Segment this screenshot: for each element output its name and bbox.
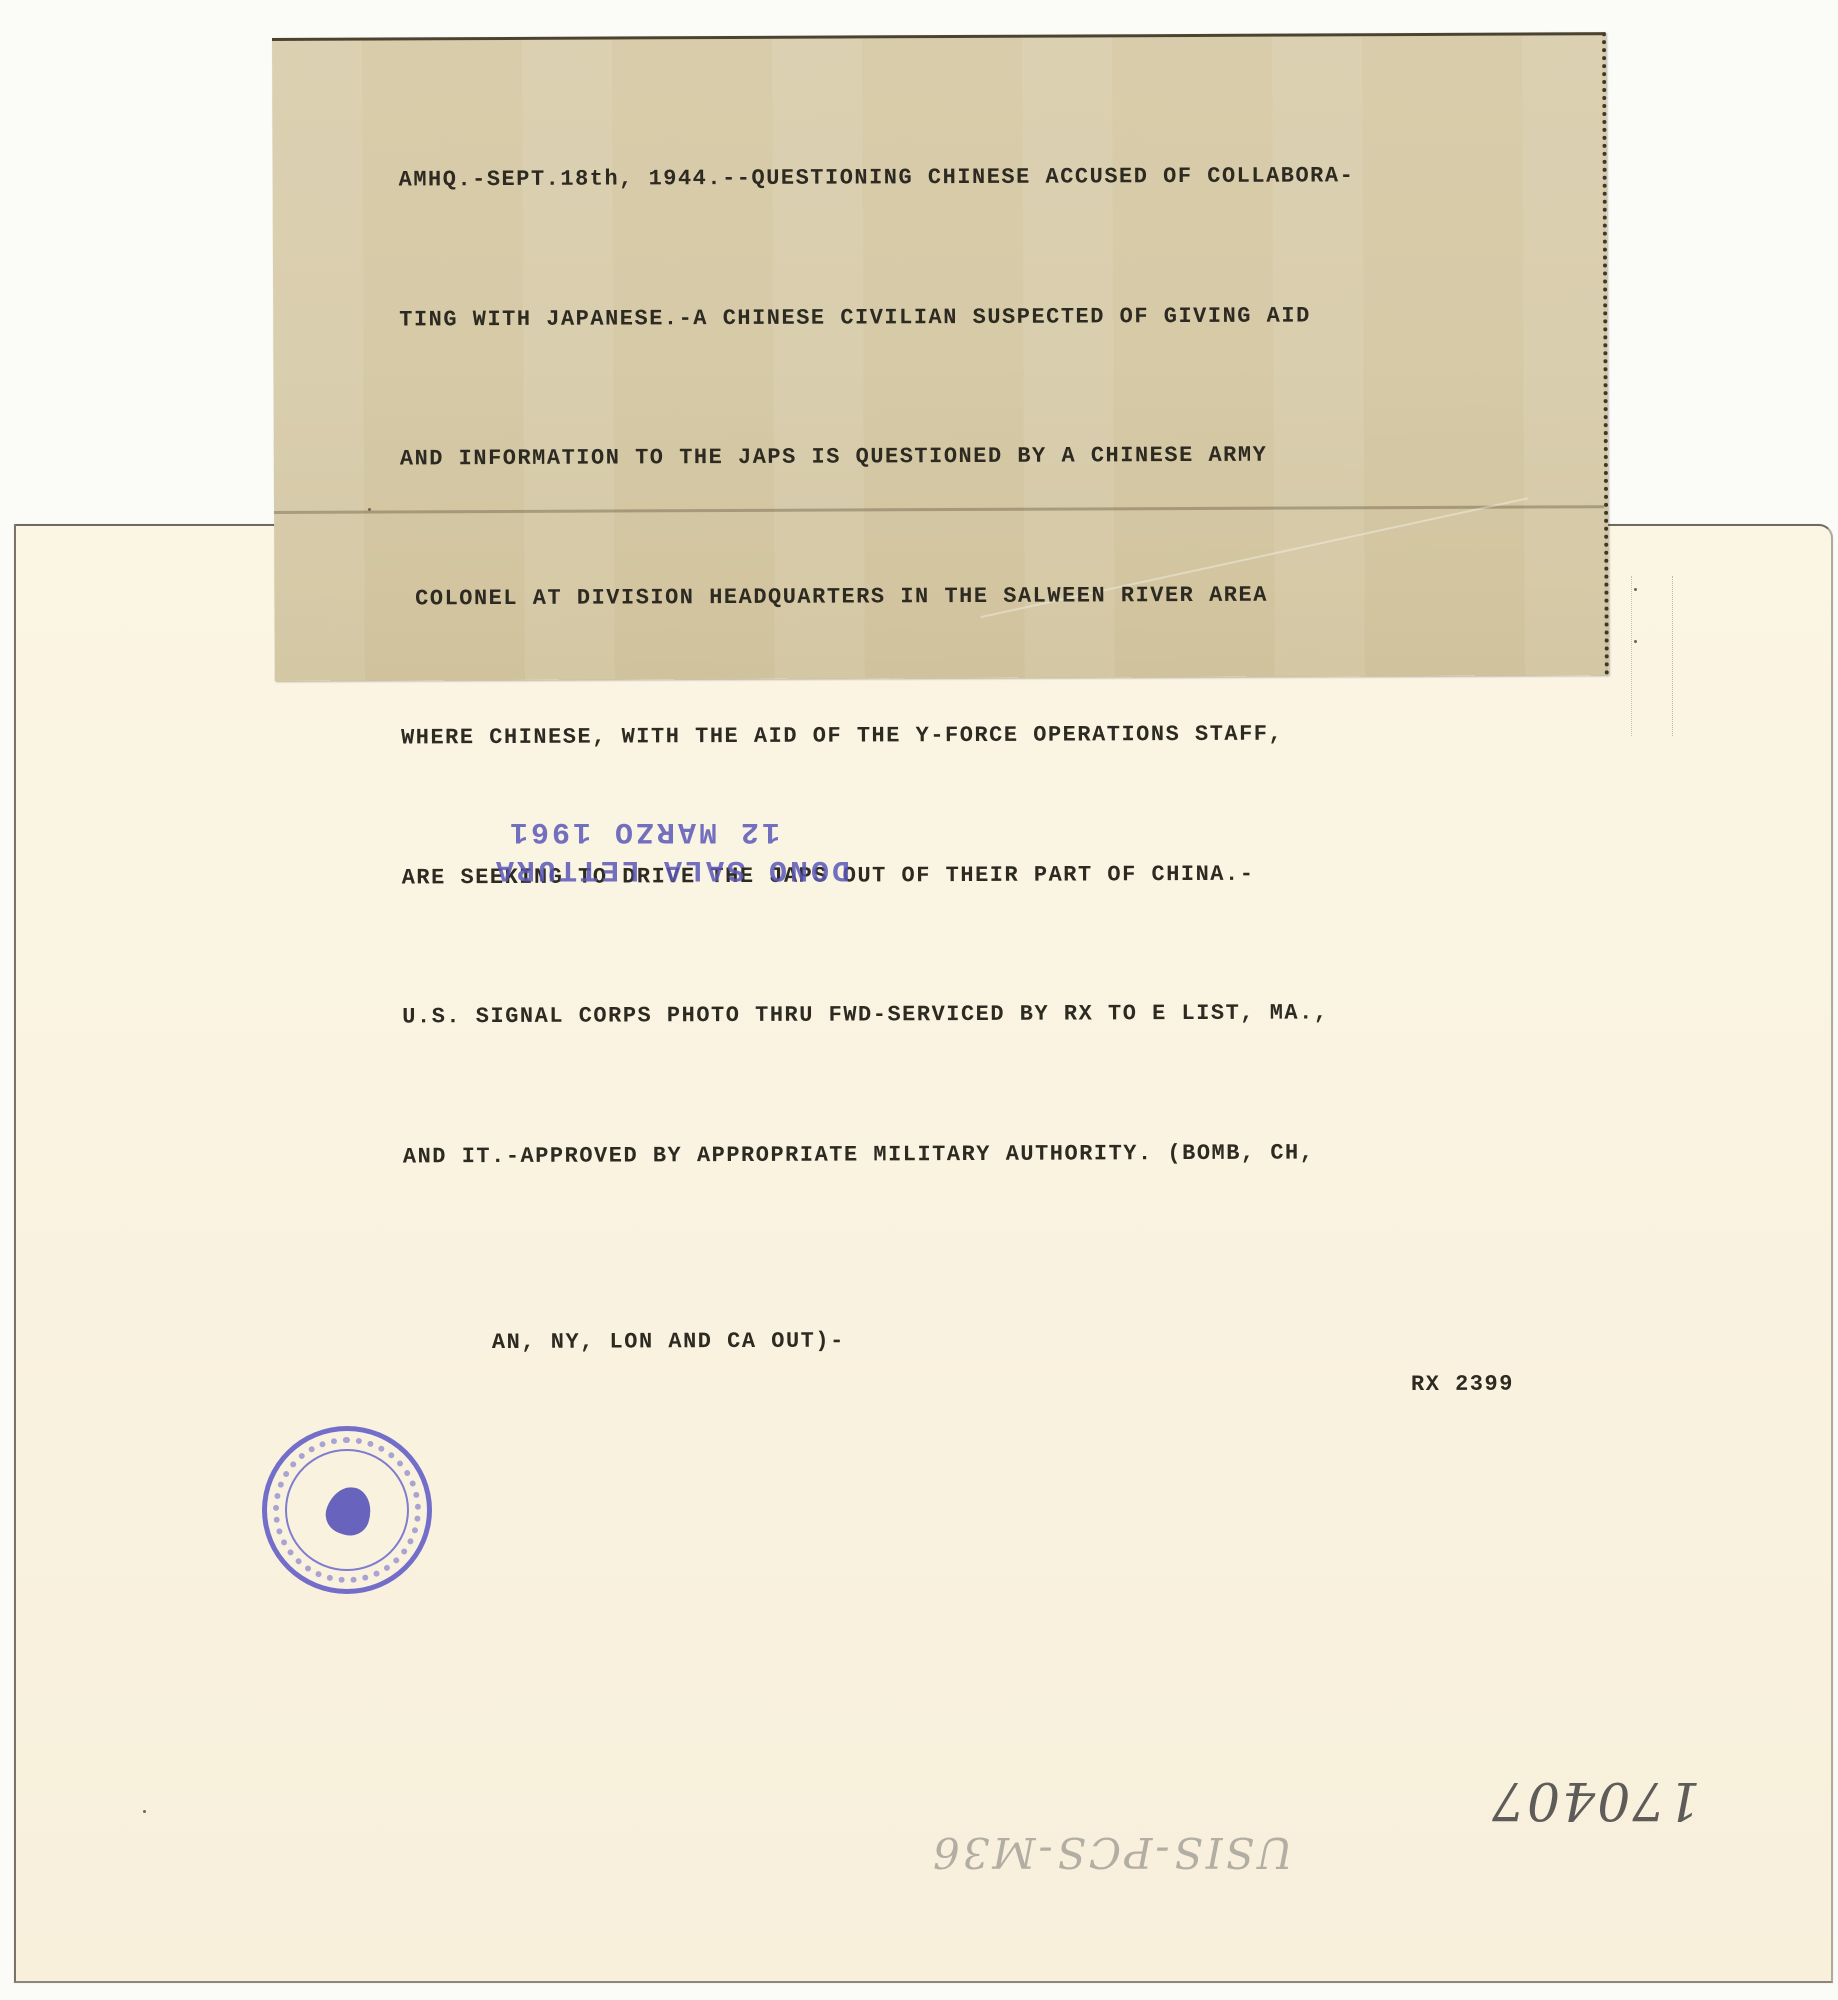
circular-library-stamp [262, 1426, 432, 1594]
caption-line: AND INFORMATION TO THE JAPS IS QUESTIONE… [400, 432, 1520, 483]
caption-line: AMHQ.-SEPT.18th, 1944.--QUESTIONING CHIN… [399, 153, 1519, 204]
caption-line: WHERE CHINESE, WITH THE AID OF THE Y-FOR… [401, 711, 1521, 762]
paper-speck [1634, 640, 1637, 643]
caption-reference-number: RX 2399 [1411, 1362, 1514, 1409]
handwritten-reference-code: USIS-PCS-M36 [930, 1828, 1293, 1877]
paper-speck [143, 1810, 146, 1813]
handwritten-inventory-number: 170407 [1490, 1770, 1701, 1830]
paper-speck [368, 508, 371, 511]
caption-line: AN, NY, LON AND CA OUT)- RX 2399 [403, 1269, 1523, 1320]
caption-slip: AMHQ.-SEPT.18th, 1944.--QUESTIONING CHIN… [272, 32, 1609, 681]
donation-stamp: DONO SALA LETTURA 12 MARZO 1961 [380, 808, 850, 888]
glue-residue [1631, 576, 1673, 736]
caption-last-line: AN, NY, LON AND CA OUT)- [492, 1328, 845, 1355]
donation-stamp-date: 12 MARZO 1961 [380, 812, 850, 850]
caption-line: COLONEL AT DIVISION HEADQUARTERS IN THE … [400, 571, 1520, 622]
caption-text: AMHQ.-SEPT.18th, 1944.--QUESTIONING CHIN… [398, 60, 1524, 1413]
donation-stamp-line1: DONO SALA LETTURA [380, 850, 850, 888]
caption-line: TING WITH JAPANESE.-A CHINESE CIVILIAN S… [399, 292, 1519, 343]
caption-line: U.S. SIGNAL CORPS PHOTO THRU FWD-SERVICE… [402, 990, 1522, 1041]
caption-line: AND IT.-APPROVED BY APPROPRIATE MILITARY… [403, 1129, 1523, 1180]
paper-speck [1634, 588, 1637, 591]
